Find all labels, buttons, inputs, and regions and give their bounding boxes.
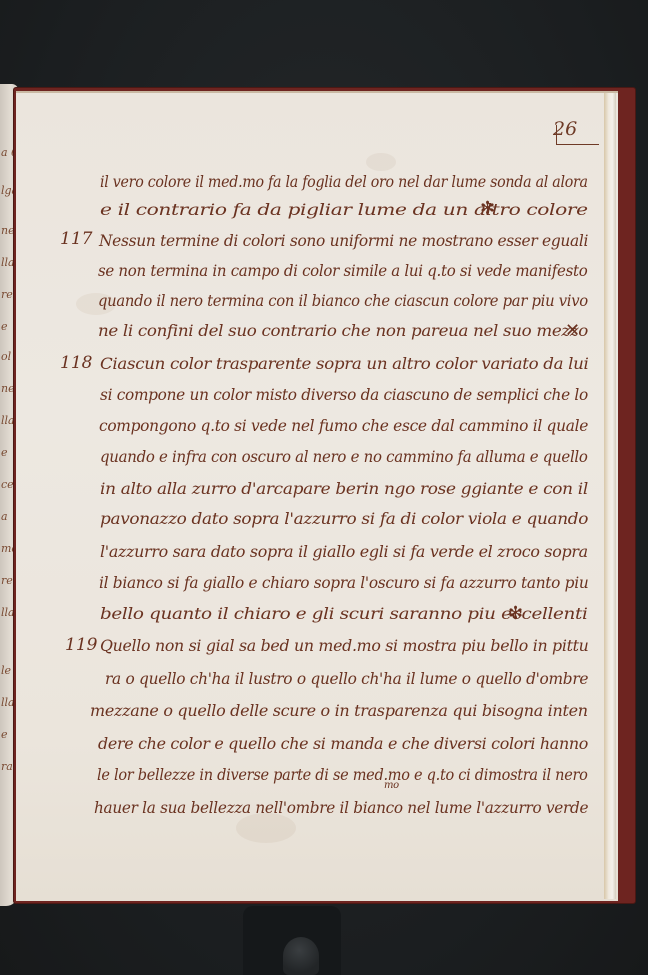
paragraph-end-flourish-icon: ✻: [508, 603, 523, 624]
manuscript-line: quando e infra con oscuro al nero e no c…: [100, 448, 588, 466]
page-fore-edge: [604, 93, 616, 899]
manuscript-line: e il contrario fa da pigliar lume da un …: [100, 201, 588, 219]
left-page-fragment: e: [1, 446, 8, 459]
manuscript-line: hauer la sua bellezza nell'ombre il bian…: [94, 799, 588, 817]
paragraph-number: 118: [60, 353, 92, 373]
folio-number: 26: [553, 118, 577, 140]
manuscript-line: ne li confini del suo contrario che non …: [98, 322, 588, 340]
manuscript-line: quando il nero termina con il bianco che…: [98, 292, 588, 310]
superscript-abbreviation: mo: [384, 780, 399, 791]
paragraph-end-flourish-icon: ✻: [480, 198, 495, 219]
left-page-fragment: ce: [1, 478, 14, 491]
manuscript-line: pavonazzo dato sopra l'azzurro si fa di …: [100, 510, 588, 528]
manuscript-line: in alto alla zurro d'arcapare berin ngo …: [100, 480, 588, 498]
manuscript-line: le lor bellezze in diverse parte di se m…: [97, 766, 588, 784]
paragraph-end-flourish-icon: ✕: [565, 320, 580, 341]
manuscript-line: il bianco si fa giallo e chiaro sopra l'…: [99, 574, 588, 592]
left-page-fragment: e: [1, 728, 8, 741]
left-page-fragment: ne: [1, 224, 15, 237]
paper-stain: [366, 153, 396, 171]
manuscript-line: Quello non si gial sa bed un med.mo si m…: [100, 637, 589, 655]
paper-stain: [236, 813, 296, 843]
manuscript-line: il vero colore il med.mo fa la foglia de…: [100, 173, 588, 191]
manuscript-line: dere che color e quello che si manda e c…: [98, 735, 588, 753]
clamp-knob: [283, 937, 319, 975]
paragraph-number: 117: [60, 229, 92, 249]
manuscript-line: se non termina in campo di color simile …: [98, 262, 587, 280]
manuscript-line: l'azzurro sara dato sopra il giallo egli…: [100, 543, 588, 561]
paragraph-number: 119: [65, 635, 97, 655]
manuscript-line: Ciascun color trasparente sopra un altro…: [100, 355, 589, 373]
left-page-fragment: le: [1, 664, 11, 677]
left-page-fragment: ol: [1, 350, 11, 363]
left-page-fragment: lla: [1, 696, 15, 709]
manuscript-line: mezzane o quello delle scure o in traspa…: [90, 702, 588, 720]
manuscript-line: compongono q.to si vede nel fumo che esc…: [99, 417, 588, 435]
manuscript-line: Nessun termine di colori sono uniformi n…: [99, 232, 588, 250]
manuscript-line: si compone un color misto diverso da cia…: [100, 386, 588, 404]
left-page-fragment: lla: [1, 414, 15, 427]
manuscript-line: ra o quello ch'ha il lustro o quello ch'…: [105, 670, 588, 688]
left-page-fragment: a: [1, 510, 8, 523]
left-page-fragment: e: [1, 320, 8, 333]
left-page-fragment: lla: [1, 606, 15, 619]
left-page-fragment: lla: [1, 256, 15, 269]
left-page-fragment: ne: [1, 382, 15, 395]
